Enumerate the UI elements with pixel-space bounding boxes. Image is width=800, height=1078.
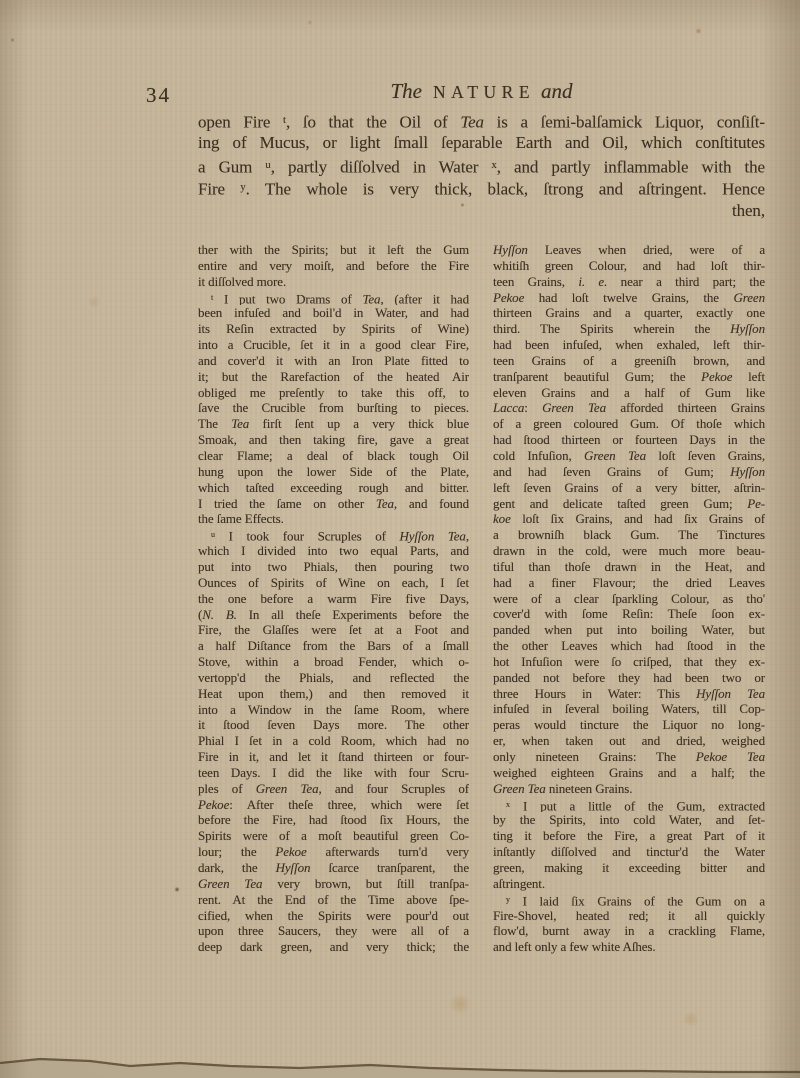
text-line: peras would tincture the Liquor no long-: [493, 717, 765, 733]
text-line: ting it before the Fire, a great Part of…: [493, 828, 765, 844]
paper-stain: [448, 995, 472, 1013]
text-line: dark, the Hyſſon ſcarce tranſparent, the: [198, 860, 469, 876]
footnotes-right-column: Hyſſon Leaves when dried, were of awhiti…: [493, 242, 765, 955]
text-line: it diſſolved more.: [198, 274, 469, 290]
text-line: a Gum u, partly diſſolved in Water x, an…: [198, 155, 765, 177]
text-line: were of a clear ſparkling Colour, as tho…: [493, 591, 765, 607]
text-line: its Reſin extracted by Spirits of Wine): [198, 321, 469, 337]
text-line: hot Infuſion were ſo criſped, that they …: [493, 654, 765, 670]
text-line: Hyſſon Leaves when dried, were of a: [493, 242, 765, 258]
text-line: the other Leaves which had ſtood in the: [493, 638, 765, 654]
text-line: clear Flame; a deal of black tough Oil: [198, 448, 469, 464]
text-line: before the Fire, had ſtood ſix Hours, th…: [198, 812, 469, 828]
text-line: entire and very moiſt, and before the Fi…: [198, 258, 469, 274]
text-line: cified, when the Spirits were pour'd out: [198, 908, 469, 924]
text-line: flow'd, burnt away in a crackling Flame,: [493, 923, 765, 939]
text-line: and had ſeven Grains of Gum; Hyſſon: [493, 464, 765, 480]
text-line: ther with the Spirits; but it left the G…: [198, 242, 469, 258]
text-line: obliged me preſently to take this off, t…: [198, 385, 469, 401]
paper-stain: [174, 887, 180, 892]
text-line: tiful than thoſe drawn in the Heat, and: [493, 559, 765, 575]
page-number: 34: [146, 83, 171, 108]
text-line: Green Tea nineteen Grains.: [493, 781, 765, 797]
footnotes-left-column: ther with the Spirits; but it left the G…: [198, 242, 469, 955]
text-line: green, making it exceeding bitter and: [493, 860, 765, 876]
text-line: it; but the Rarefaction of the heated Ai…: [198, 369, 469, 385]
text-line: into a Window in the ſame Room, where: [198, 702, 469, 718]
text-line: third. The Spirits wherein the Hyſſon: [493, 321, 765, 337]
text-line: tranſparent beautiful Gum; the Pekoe lef…: [493, 369, 765, 385]
text-line: t I put two Drams of Tea, (after it had: [198, 290, 469, 306]
text-line: Phial I ſet in a cold Room, which had no: [198, 733, 469, 749]
text-line: put into two Phials, then pouring two: [198, 559, 469, 575]
text-line: infuſed in ſeveral boiling Waters, till …: [493, 701, 765, 717]
text-line: (N. B. In all theſe Experiments before t…: [198, 607, 469, 623]
text-line: ples of Green Tea, and four Scruples of: [198, 781, 469, 797]
text-line: y I laid ſix Grains of the Gum on a: [493, 892, 765, 908]
text-line: and cover'd it with an Iron Plate fitted…: [198, 353, 469, 369]
text-line: which I divided into two equal Parts, an…: [198, 543, 469, 559]
text-line: Ounces of Spirits of Wine on each, I ſet: [198, 575, 469, 591]
text-line: hung upon the lower Side of the Plate,: [198, 464, 469, 480]
book-page: 34 TheNATUREand open Fire t, ſo that the…: [0, 0, 800, 1078]
text-line: Heat upon them,) and then removed it: [198, 686, 469, 702]
text-line: whitiſh green Colour, and had loſt thir-: [493, 258, 765, 274]
text-line: Lacca: Green Tea afforded thirteen Grain…: [493, 400, 765, 416]
text-line: Fire in it, and let it ſtand thirteen or…: [198, 749, 469, 765]
paper-stain: [682, 1012, 700, 1026]
text-line: vertopp'd the Phials, and reflected the: [198, 670, 469, 686]
text-line: thirteen Grains and a quarter, exactly o…: [493, 305, 765, 321]
text-line: Smoak, and then taking fire, gave a grea…: [198, 432, 469, 448]
text-line: it ſtood ſeven Days more. The other: [198, 717, 469, 733]
text-line: koe loſt ſix Grains, and had ſix Grains …: [493, 511, 765, 527]
text-line: ing of Mucus, or light ſmall ſeparable E…: [198, 132, 765, 154]
text-line: aſtringent.: [493, 876, 765, 892]
text-line: teen Grains of a greeniſh brown, and: [493, 353, 765, 369]
text-line: and left only a few white Aſhes.: [493, 939, 765, 955]
running-header: TheNATUREand: [198, 79, 765, 104]
text-line: Spirits were of a moſt beautiful green C…: [198, 828, 469, 844]
paper-stain: [86, 296, 102, 308]
text-line: which taſted exceeding rough and bitter.: [198, 480, 469, 496]
text-line: gent and delicate taſted green Gum; Pe-: [493, 496, 765, 512]
text-line: I tried the ſame on other Tea, and found: [198, 496, 469, 512]
text-line: inſtantly diſſolved and tinctur'd the Wa…: [493, 844, 765, 860]
page-torn-edge: [0, 1040, 800, 1078]
text-line: the one before a warm Fire five Days,: [198, 591, 469, 607]
text-line: of a green coloured Gum. Of thoſe which: [493, 416, 765, 432]
paper-stain: [10, 38, 15, 42]
text-line: Stove, within a broad Fender, which o-: [198, 654, 469, 670]
text-line: rent. At the End of the Time above ſpe-: [198, 892, 469, 908]
text-line: panded when put into boiling Water, but: [493, 622, 765, 638]
text-line: x I put a little of the Gum, extracted: [493, 797, 765, 813]
text-line: Fire, the Glaſſes were ſet at a Foot and: [198, 622, 469, 638]
text-line: lour; the Pekoe afterwards turn'd very: [198, 844, 469, 860]
paper-stain: [695, 28, 702, 34]
text-line: had been infuſed, when exhaled, left thi…: [493, 337, 765, 353]
header-word-nature: NATURE: [433, 82, 535, 102]
header-word-the: The: [390, 79, 422, 103]
text-line: drawn in the cold, were much more beau-: [493, 543, 765, 559]
text-line: u I took four Scruples of Hyſſon Tea,: [198, 527, 469, 543]
text-line: The Tea firſt ſent up a very thick blue: [198, 416, 469, 432]
text-line: the ſame Effects.: [198, 511, 469, 527]
text-line: Pekoe: After theſe three, which were ſet: [198, 797, 469, 813]
text-line: ſave the Crucible from burſting to piece…: [198, 400, 469, 416]
text-line: only nineteen Grains: The Pekoe Tea: [493, 749, 765, 765]
text-line: into a Crucible, ſet it in a good clear …: [198, 337, 469, 353]
text-line: had a finer Flavour; the dried Leaves: [493, 575, 765, 591]
text-line: open Fire t, ſo that the Oil of Tea is a…: [198, 110, 765, 132]
text-line: a half Diſtance from the Bars of a ſmall: [198, 638, 469, 654]
text-line: Pekoe had loſt twelve Grains, the Green: [493, 290, 765, 306]
text-line: teen Days. I did the like with four Scru…: [198, 765, 469, 781]
text-line: deep dark green, and very thick; the: [198, 939, 469, 955]
text-line: then,: [198, 200, 765, 222]
intro-paragraph: open Fire t, ſo that the Oil of Tea is a…: [198, 110, 765, 222]
text-line: er, when taken out and dried, weighed: [493, 733, 765, 749]
text-line: panded not before they had been two or: [493, 670, 765, 686]
text-line: weighed eighteen Grains and a half; the: [493, 765, 765, 781]
header-word-and: and: [541, 79, 573, 103]
paper-stain: [307, 20, 313, 25]
text-line: been infuſed and boil'd in Water, and ha…: [198, 305, 469, 321]
text-line: by the Spirits, into cold Water, and ſet…: [493, 812, 765, 828]
text-line: a browniſh black Gum. The Tinctures: [493, 527, 765, 543]
text-line: left ſeven Grains of a very bitter, aſtr…: [493, 480, 765, 496]
text-line: Fire-Shovel, heated red; it all quickly: [493, 908, 765, 924]
text-line: teen Grains, i. e. near a third part; th…: [493, 274, 765, 290]
text-line: cold Infuſion, Green Tea loſt ſeven Grai…: [493, 448, 765, 464]
text-line: Fire y. The whole is very thick, black, …: [198, 177, 765, 199]
text-line: three Hours in Water: This Hyſſon Tea: [493, 686, 765, 702]
text-line: upon three Saucers, they were all of a: [198, 923, 469, 939]
text-line: Green Tea very brown, but ſtill tranſpa-: [198, 876, 469, 892]
text-line: cover'd with ſome Reſin: Theſe ſoon ex-: [493, 606, 765, 622]
text-line: had ſtood thirteen or fourteen Days in t…: [493, 432, 765, 448]
text-line: eleven Grains and a half of Gum like: [493, 385, 765, 401]
